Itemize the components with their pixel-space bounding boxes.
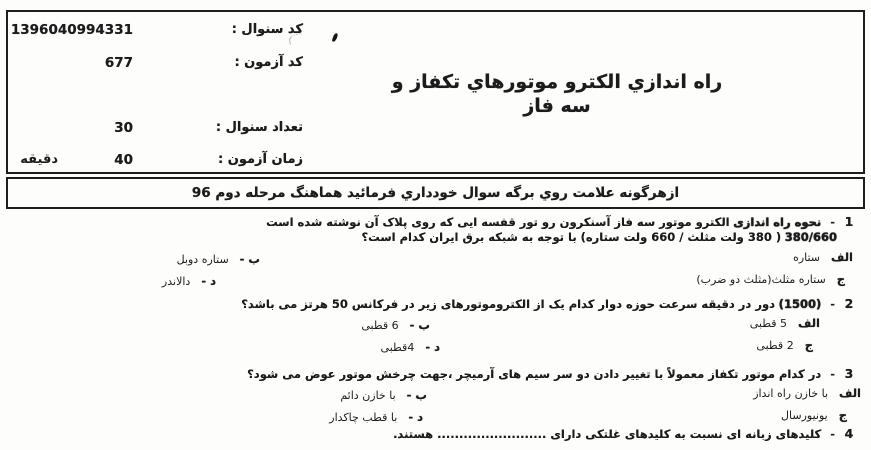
option-text: 6 قطبی [361, 319, 398, 332]
exam-title: راه اندازي الكترو موتورهاي تكفاز و سه فا… [374, 70, 740, 118]
option-text: ستاره [793, 251, 820, 264]
question-2-option-alef: الف5 قطبی [750, 317, 820, 330]
exam-time-value: 40 [114, 152, 133, 168]
question-dash: - [830, 297, 835, 311]
option-letter: د - [201, 275, 216, 288]
option-text: با خازن دائم [340, 389, 395, 402]
ink-smudge-faint [288, 33, 303, 45]
question-code-value: 1396040994331 [11, 22, 133, 38]
question-1-option-b: ب -ستاره دوبل [177, 253, 260, 266]
question-number: 1 [842, 215, 856, 229]
exam-title-line1: راه اندازي الكترو موتورهاي تكفاز و [374, 70, 740, 94]
question-count-label: تعداد سنوال : [216, 120, 303, 135]
question-2-line1: 2-(1500) دور در دقیقه سرعت حوزه دوار كدا… [241, 297, 856, 311]
exam-header-box: كد سنوال : 1396040994331 كد آزمون : 677 … [6, 10, 865, 174]
question-3-option-jim: جیونیورسال [781, 409, 847, 422]
question-1-option-jim: جستاره مثلث(مثلث دو ضرب) [696, 273, 845, 286]
ink-smudge-dark [332, 33, 339, 43]
option-text: 5 قطبی [750, 317, 787, 330]
option-text: ستاره دوبل [177, 253, 229, 266]
question-dash: - [830, 427, 835, 441]
option-letter: الف [798, 317, 820, 330]
option-letter: الف [831, 251, 853, 264]
option-letter: ب - [410, 319, 430, 332]
question-3-line1: 3-در كدام موتور تكفاز معمولاً با تغییر د… [247, 367, 856, 381]
option-letter: د - [408, 411, 423, 424]
question-3-option-alef: الفبا خازن راه انداز [753, 387, 861, 400]
question-1-line1: 1-نحوه راه اندازی الكترو موتور سه فاز آس… [266, 215, 856, 229]
question-number: 4 [842, 427, 856, 441]
question-text: كلیدهای زبانه ای نسبت به كلیدهای غلتكی د… [393, 427, 821, 441]
notice-banner: ازهرگونه علامت روي برگه سوال خودداري فرم… [6, 177, 865, 209]
option-text: ستاره مثلث(مثلث دو ضرب) [696, 273, 825, 286]
question-text: ( 380 ولت مثلث / 660 ولت ستاره) با توجه … [362, 230, 782, 244]
question-2-option-jim: ج2 قطبی [756, 339, 813, 352]
exam-time-label: زمان آزمون : [218, 152, 303, 167]
question-text: در كدام موتور تكفاز معمولاً با تغییر داد… [247, 367, 821, 381]
option-letter: ب - [240, 253, 260, 266]
option-text: یونیورسال [781, 409, 828, 422]
notice-banner-text: ازهرگونه علامت روي برگه سوال خودداري فرم… [192, 185, 679, 201]
question-1-line2: 380/660 ( 380 ولت مثلث / 660 ولت ستاره) … [362, 230, 838, 244]
question-text-strong: 380/660 [785, 230, 837, 244]
scanned-exam-page: كد سنوال : 1396040994331 كد آزمون : 677 … [0, 0, 871, 450]
question-text-strong: (1500) [779, 297, 822, 311]
question-3-option-d: د -با قطب چاکدار [329, 411, 423, 424]
option-text: دالاندر [162, 275, 190, 288]
question-dash: - [830, 215, 835, 229]
option-letter: ج [805, 339, 813, 352]
question-4-line1: 4-كلیدهای زبانه ای نسبت به كلیدهای غلتكی… [393, 427, 856, 441]
question-count-value: 30 [114, 120, 133, 136]
option-text: با قطب چاکدار [329, 411, 397, 424]
question-text-strong: نحوه راه اندازی [733, 215, 821, 229]
option-letter: د - [425, 341, 440, 354]
exam-title-line2: سه فاز [374, 94, 740, 118]
question-2-option-d: د -4قطبی [381, 341, 440, 354]
question-text: دور در دقیقه سرعت حوزه دوار كدام یک از ا… [241, 297, 775, 311]
option-letter: ب - [407, 389, 427, 402]
exam-code-label: كد آزمون : [234, 55, 303, 70]
question-1-option-alef: الفستاره [793, 251, 853, 264]
question-text: الكترو موتور سه فاز آسنكرون رو تور قفسه … [266, 215, 730, 229]
exam-code-value: 677 [105, 55, 133, 71]
option-text: 2 قطبی [756, 339, 793, 352]
question-number: 2 [842, 297, 856, 311]
option-letter: الف [839, 387, 861, 400]
question-number: 3 [842, 367, 856, 381]
question-3-option-b: ب -با خازن دائم [340, 389, 427, 402]
question-2-option-b: ب -6 قطبی [361, 319, 430, 332]
question-dash: - [830, 367, 835, 381]
exam-time-unit: دقيقه [20, 152, 58, 167]
option-letter: ج [839, 409, 847, 422]
option-text: 4قطبی [381, 341, 415, 354]
option-text: با خازن راه انداز [753, 387, 828, 400]
option-letter: ج [837, 273, 845, 286]
question-1-option-d: د -دالاندر [162, 275, 216, 288]
